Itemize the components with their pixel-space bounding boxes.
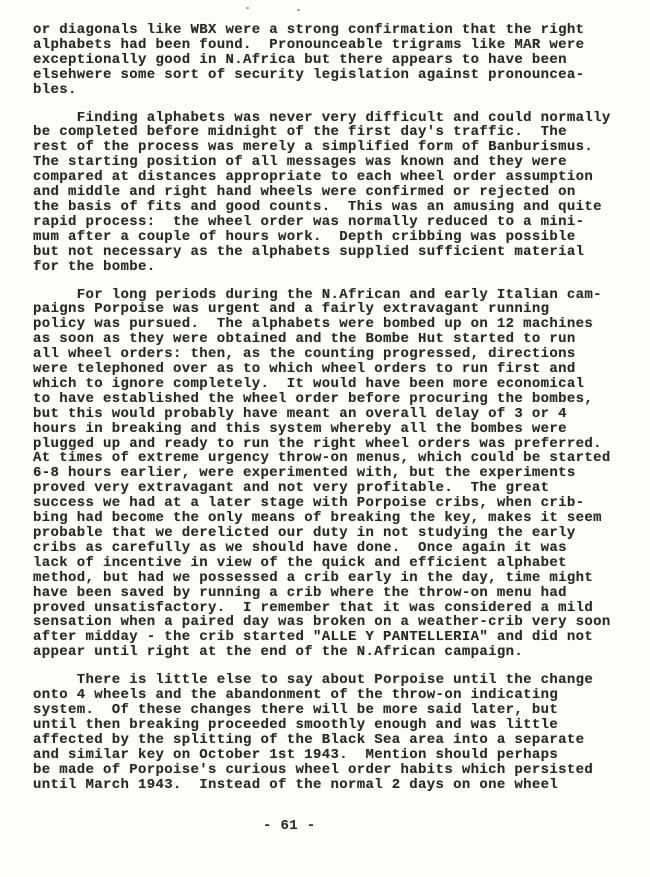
paragraph-1: or diagonals like WBX were a strong conf… (33, 23, 625, 98)
scan-speck (297, 9, 300, 11)
page-number: - 61 - (33, 818, 625, 834)
scan-speck (246, 7, 249, 9)
text-block: or diagonals like WBX were a strong conf… (33, 23, 625, 834)
paragraph-4: There is little else to say about Porpoi… (33, 673, 625, 792)
document-page: or diagonals like WBX were a strong conf… (0, 0, 650, 877)
paragraph-3: For long periods during the N.African an… (33, 288, 625, 661)
paragraph-2: Finding alphabets was never very difficu… (33, 111, 625, 275)
